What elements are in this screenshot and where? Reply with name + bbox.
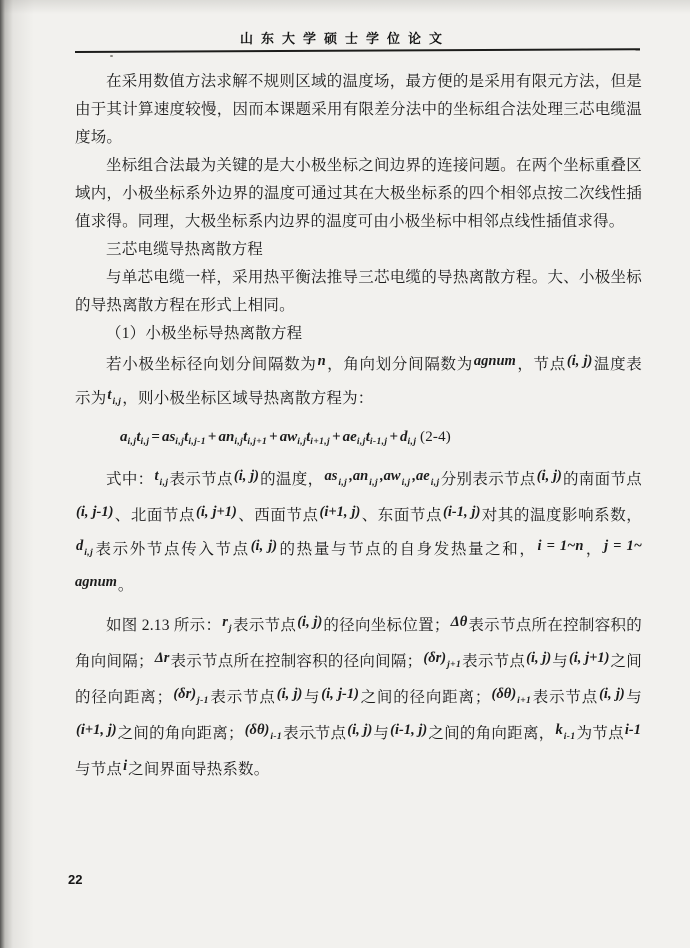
paragraph-intro: 在采用数值方法求解不规则区域的温度场，最方便的是采用有限元方法，但是由于其计算速… [75, 68, 642, 152]
paragraph-equation-terms: 式中：ti,j表示节点(i, j)的温度，asi,j,ani,j,awi,j,a… [75, 463, 642, 603]
page-number: 22 [68, 872, 82, 887]
document-content: 在采用数值方法求解不规则区域的温度场，最方便的是采用有限元方法，但是由于其计算速… [75, 68, 642, 787]
section-heading-discrete-equation: 三芯电缆导热离散方程 [75, 236, 642, 264]
paragraph-coordinate-method: 坐标组合法最为关键的是大小极坐标之间边界的连接问题。在两个坐标重叠区域内，小极坐… [75, 152, 642, 236]
page-header-title: 山东大学硕士学位论文 [0, 28, 690, 47]
paragraph-figure-2-13: 如图 2.13 所示：rj表示节点(i, j)的径向坐标位置；Δθ表示节点所在控… [75, 609, 642, 787]
equation-number: (2-4) [420, 425, 451, 449]
document-page: 山东大学硕士学位论文 在采用数值方法求解不规则区域的温度场，最方便的是采用有限元… [0, 0, 690, 948]
header-rule [75, 48, 640, 53]
scan-speck [313, 737, 316, 739]
paragraph-grid-definition: 若小极坐标径向划分间隔数为n，角向划分间隔数为agnum，节点(i, j)温度表… [75, 348, 642, 418]
scan-speck [110, 55, 113, 57]
paragraph-heat-balance: 与单芯电缆一样，采用热平衡法推导三芯电缆的导热离散方程。大、小极坐标的导热离散方… [75, 264, 642, 320]
equation-2-4: ai,jti,j=asi,jti,j-1+ani,jti,j+1+awi,jti… [120, 425, 642, 454]
list-item-small-polar: （1）小极坐标导热离散方程 [75, 320, 642, 348]
